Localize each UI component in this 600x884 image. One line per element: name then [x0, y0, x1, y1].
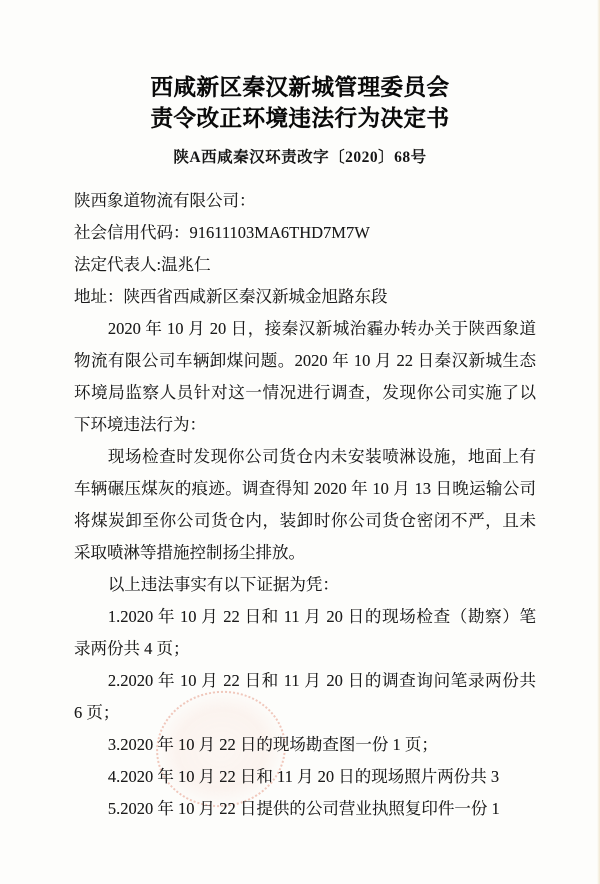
evidence-line: 6 页； — [74, 697, 536, 729]
document-header: 西咸新区秦汉新城管理委员会 责令改正环境违法行为决定书 陕A西咸秦汉环责改字〔2… — [0, 72, 600, 169]
document-title-line-2: 责令改正环境违法行为决定书 — [0, 103, 600, 134]
paragraph-line: 物流有限公司车辆卸煤问题。2020 年 10 月 22 日秦汉新城生态 — [74, 345, 536, 377]
scanned-document-page: 西咸新区秦汉新城管理委员会 责令改正环境违法行为决定书 陕A西咸秦汉环责改字〔2… — [0, 0, 600, 884]
document-body: 陕西象道物流有限公司： 社会信用代码：91611103MA6THD7M7W 法定… — [0, 185, 600, 825]
paragraph-line: 现场检查时发现你公司货仓内未安装喷淋设施，地面上有 — [74, 441, 536, 473]
paragraph-incident: 2020 年 10 月 20 日，接秦汉新城治霾办转办关于陕西象道 物流有限公司… — [74, 313, 536, 441]
evidence-intro-line: 以上违法事实有以下证据为凭： — [74, 569, 536, 601]
evidence-line: 1.2020 年 10 月 22 日和 11 月 20 日的现场检查（勘察）笔 — [74, 601, 536, 633]
evidence-line: 2.2020 年 10 月 22 日和 11 月 20 日的调查询问笔录两份共 — [74, 665, 536, 697]
evidence-item-4: 4.2020 年 10 月 22 日和 11 月 20 日的现场照片两份共 3 … — [74, 761, 536, 793]
legal-representative-line: 法定代表人:温兆仁 — [74, 249, 536, 281]
document-title-line-1: 西咸新区秦汉新城管理委员会 — [0, 72, 600, 103]
paragraph-line: 环境局监察人员针对这一情况进行调查，发现你公司实施了以 — [74, 377, 536, 409]
paragraph-line: 车辆碾压煤灰的痕迹。调查得知 2020 年 10 月 13 日晚运输公司 — [74, 473, 536, 505]
paragraph-line: 2020 年 10 月 20 日，接秦汉新城治霾办转办关于陕西象道 — [74, 313, 536, 345]
address-line: 地址：陕西省西咸新区秦汉新城金旭路东段 — [74, 281, 536, 313]
evidence-item-5: 5.2020 年 10 月 22 日提供的公司营业执照复印件一份 1 页； — [74, 793, 536, 825]
paragraph-line: 将煤炭卸至你公司货仓内，装卸时你公司货仓密闭不严，且未 — [74, 505, 536, 537]
evidence-item-1: 1.2020 年 10 月 22 日和 11 月 20 日的现场检查（勘察）笔 … — [74, 601, 536, 665]
credit-code-line: 社会信用代码：91611103MA6THD7M7W — [74, 217, 536, 249]
evidence-item-2: 2.2020 年 10 月 22 日和 11 月 20 日的调查询问笔录两份共 … — [74, 665, 536, 729]
paragraph-line: 下环境违法行为： — [74, 409, 536, 441]
document-number: 陕A西咸秦汉环责改字〔2020〕68号 — [0, 147, 600, 169]
document-title: 西咸新区秦汉新城管理委员会 责令改正环境违法行为决定书 — [0, 72, 600, 134]
evidence-item-3: 3.2020 年 10 月 22 日的现场勘查图一份 1 页； — [74, 729, 536, 761]
recipient-line: 陕西象道物流有限公司： — [74, 185, 536, 217]
paragraph-line: 采取喷淋等措施控制扬尘排放。 — [74, 537, 536, 569]
paragraph-findings: 现场检查时发现你公司货仓内未安装喷淋设施，地面上有 车辆碾压煤灰的痕迹。调查得知… — [74, 441, 536, 569]
evidence-line: 录两份共 4 页； — [74, 633, 536, 665]
